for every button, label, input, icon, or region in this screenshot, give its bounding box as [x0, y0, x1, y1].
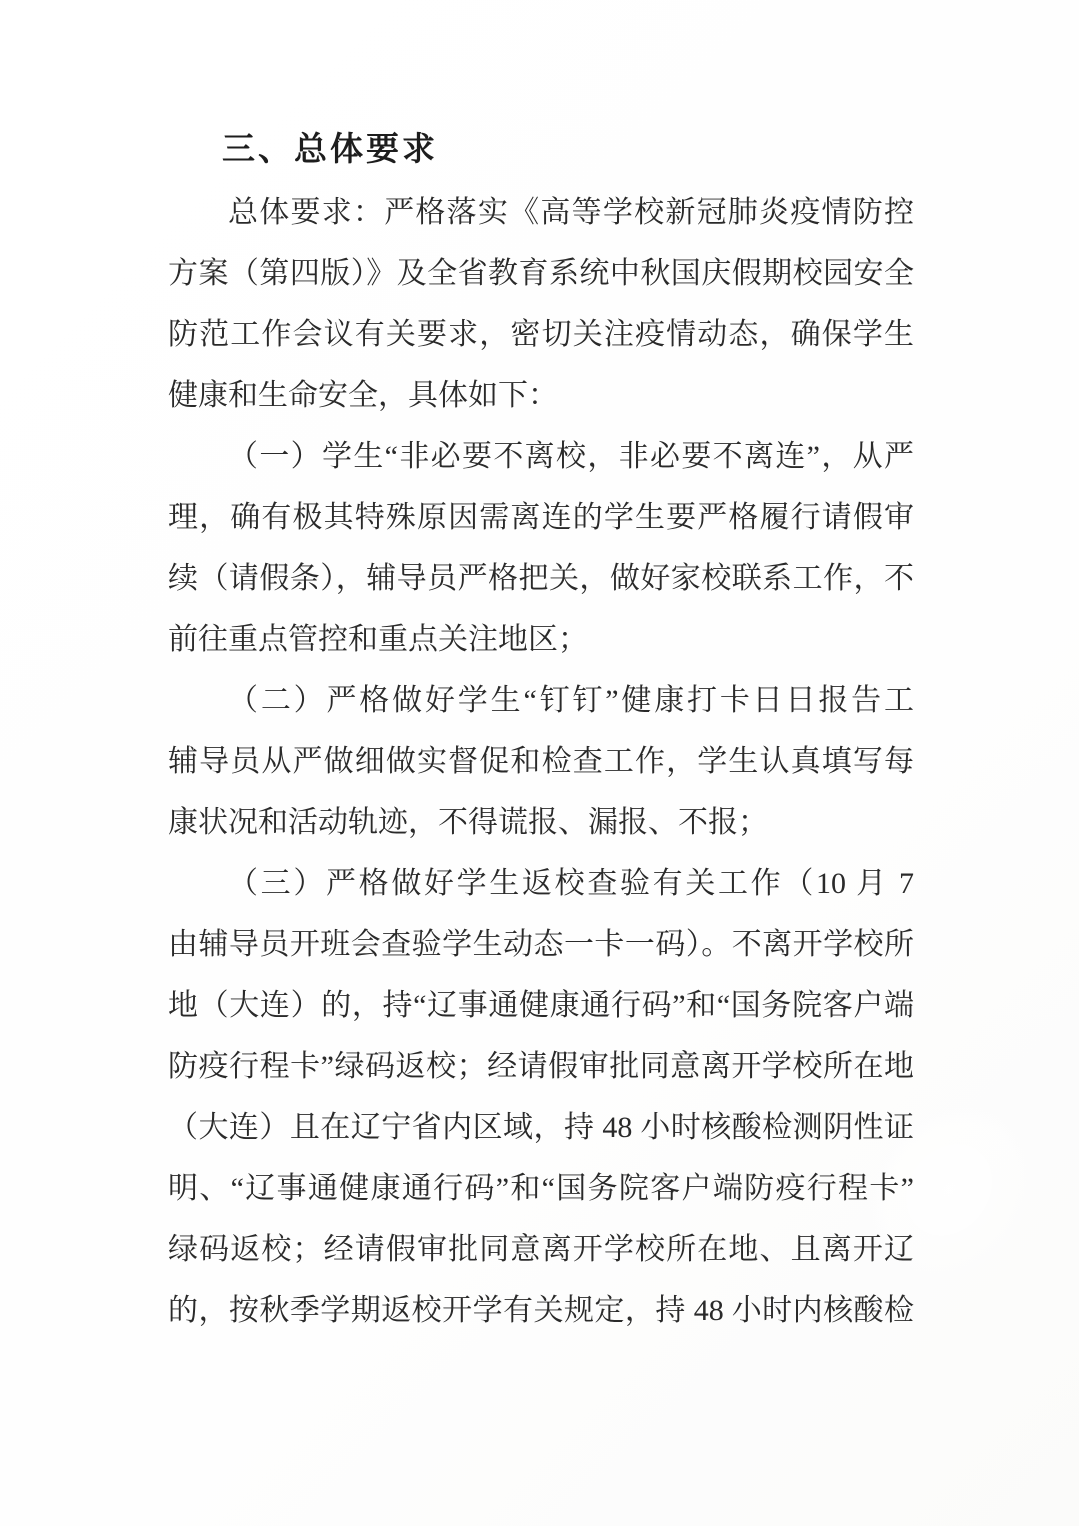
text-line: 前往重点管控和重点关注地区； — [168, 609, 914, 670]
paragraph: （一）学生“非必要不离校，非必要不离连”，从严管理，确有极其特殊原因需离连的学生… — [168, 426, 914, 670]
section-heading: 三、总体要求 — [168, 116, 914, 182]
text-line: 明、“辽事通健康通行码”和“国务院客户端防疫行程卡” — [168, 1158, 914, 1219]
text-line: （大连）且在辽宁省内区域，持 48 小时核酸检测阴性证 — [168, 1097, 914, 1158]
document-page: 三、总体要求 总体要求：严格落实《高等学校新冠肺炎疫情防控技术方案（第四版）》及… — [0, 0, 1079, 1526]
text-line: 总体要求：严格落实《高等学校新冠肺炎疫情防控技术 — [168, 182, 914, 243]
paragraph: 总体要求：严格落实《高等学校新冠肺炎疫情防控技术方案（第四版）》及全省教育系统中… — [168, 182, 914, 426]
text-line: （一）学生“非必要不离校，非必要不离连”，从严管 — [168, 426, 914, 487]
text-line: 续（请假条），辅导员严格把关，做好家校联系工作，不得 — [168, 548, 914, 609]
paragraph: （三）严格做好学生返校查验有关工作（10 月 7 日，由辅导员开班会查验学生动态… — [168, 853, 914, 1341]
text-line: 绿码返校；经请假审批同意离开学校所在地、且离开辽宁 — [168, 1219, 914, 1280]
text-line: 防疫行程卡”绿码返校；经请假审批同意离开学校所在地 — [168, 1036, 914, 1097]
paragraph: （二）严格做好学生“钉钉”健康打卡日日报告工作，辅导员从严做细做实督促和检查工作… — [168, 670, 914, 853]
text-line: 防范工作会议有关要求，密切关注疫情动态，确保学生身体 — [168, 304, 914, 365]
text-line: 方案（第四版）》及全省教育系统中秋国庆假期校园安全 — [168, 243, 914, 304]
document-content: 三、总体要求 总体要求：严格落实《高等学校新冠肺炎疫情防控技术方案（第四版）》及… — [168, 116, 914, 1341]
text-line: 康状况和活动轨迹，不得谎报、漏报、不报； — [168, 792, 914, 853]
text-line: 由辅导员开班会查验学生动态一卡一码）。不离开学校所在 — [168, 914, 914, 975]
text-line: 健康和生命安全，具体如下： — [168, 365, 914, 426]
text-line: 辅导员从严做细做实督促和检查工作，学生认真填写每日健 — [168, 731, 914, 792]
paragraph-container: 总体要求：严格落实《高等学校新冠肺炎疫情防控技术方案（第四版）》及全省教育系统中… — [168, 182, 914, 1341]
text-line: （三）严格做好学生返校查验有关工作（10 月 7 日， — [168, 853, 914, 914]
text-line: 的，按秋季学期返校开学有关规定，持 48 小时内核酸检测 — [168, 1280, 914, 1341]
text-line: （二）严格做好学生“钉钉”健康打卡日日报告工作， — [168, 670, 914, 731]
text-line: 理，确有极其特殊原因需离连的学生要严格履行请假审批手 — [168, 487, 914, 548]
text-line: 地（大连）的，持“辽事通健康通行码”和“国务院客户端 — [168, 975, 914, 1036]
